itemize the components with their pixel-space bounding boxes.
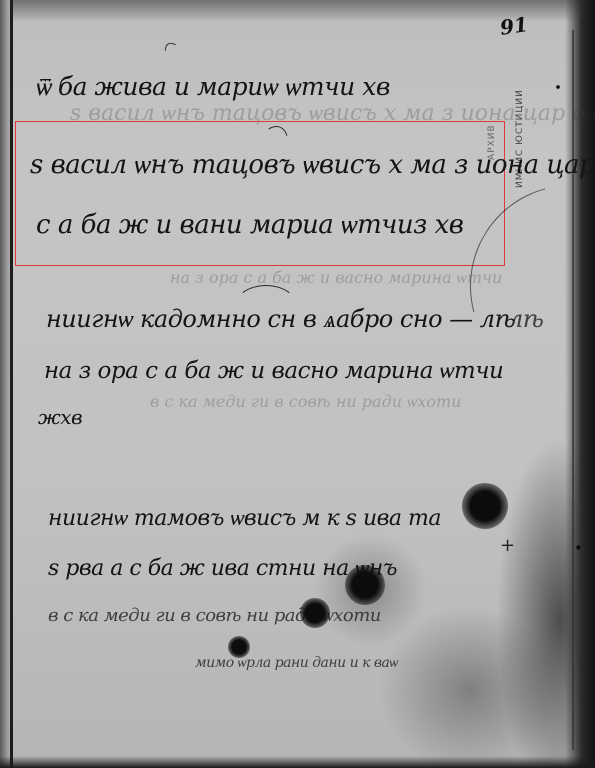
ink-blot [228, 636, 250, 658]
bleed-through-text: на з ора с а ба ж и васно марина ѡтчи [170, 268, 502, 288]
margin-cross-mark: + [500, 535, 515, 556]
bleed-through-text: в с ка меди ги в совѣ ни ради ѡхоти [150, 392, 461, 412]
manuscript-line-9: в с ка меди ги в совѣ ни ради ѡхоти [48, 605, 381, 626]
manuscript-line-10: мимо ѡрла рани дани и к ваѡ [195, 655, 398, 672]
manuscript-line-8: ѕ рва а с ба ж ива стни на ѡнъ [48, 555, 397, 581]
binding-rule-line [10, 0, 13, 768]
margin-note: лѣ [508, 305, 543, 333]
page-bottom-edge [0, 756, 595, 768]
ink-blot [345, 565, 385, 605]
manuscript-line-6: жхв [38, 405, 82, 429]
ink-speck [576, 545, 581, 550]
ink-blot [462, 483, 508, 529]
ink-speck [556, 85, 560, 89]
folio-number: 91 [498, 12, 529, 40]
manuscript-line-7: ниигнѡ тамовъ ѡвисъ м к ѕ ива та [48, 505, 441, 531]
ink-blot [300, 598, 330, 628]
manuscript-line-4: ниигнѡ кадомнно сн в ѧабро сно — лѣ [46, 305, 515, 334]
manuscript-line-2: ѕ васил ѡнъ тацовъ ѡвисъ х ма з иона цар… [30, 150, 595, 180]
manuscript-line-5: на з ора с а ба ж и васно марина ѡтчи [44, 358, 503, 384]
manuscript-line-3: с а ба ж и вани мариа ѡтчиз хв [36, 210, 463, 240]
manuscript-line-1: ѿ ба жива и мариѡ ѡтчи хв [35, 72, 390, 102]
manuscript-page: ѕ васил ѡнъ тацовъ ѡвисъ х ма з иона цар… [0, 0, 595, 768]
